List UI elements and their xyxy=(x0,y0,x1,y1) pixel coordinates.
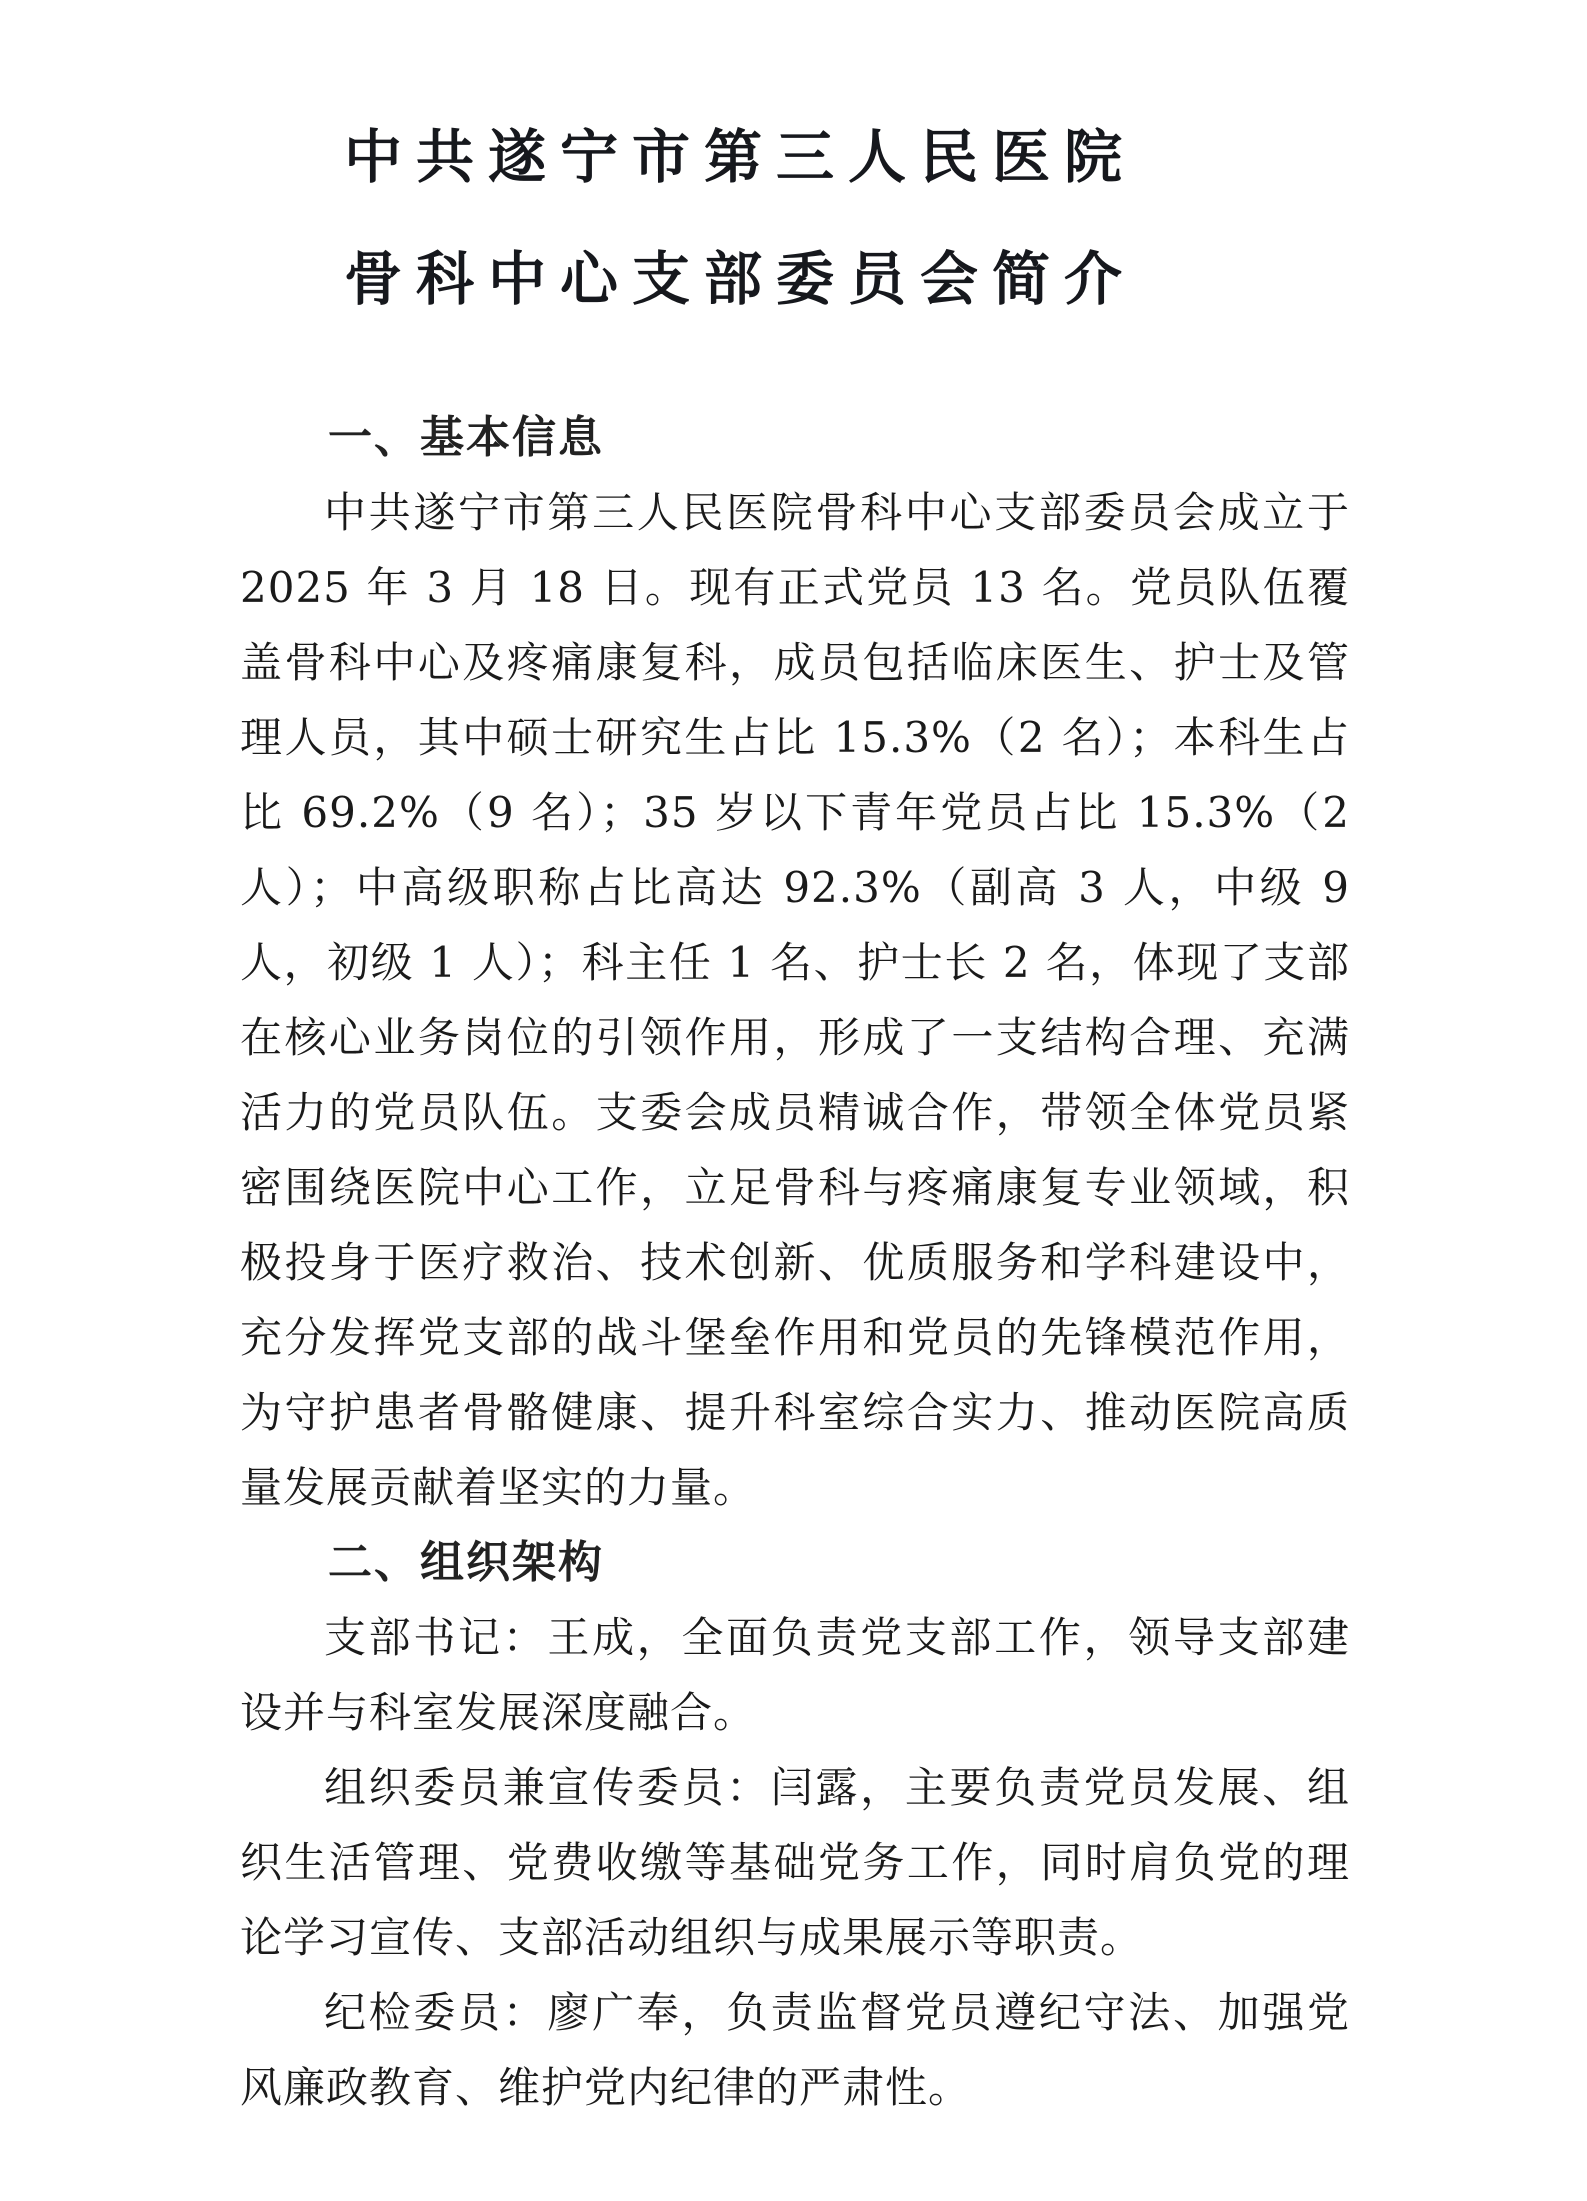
paragraph-basic-info: 中共遂宁市第三人民医院骨科中心支部委员会成立于 2025 年 3 月 18 日。… xyxy=(240,475,1350,1525)
document-title-line-1: 中共遂宁市第三人民医院 xyxy=(185,96,1295,218)
section-heading-basic-info: 一、基本信息 xyxy=(240,400,1350,475)
document-page: 中共遂宁市第三人民医院 骨科中心支部委员会简介 一、基本信息 中共遂宁市第三人民… xyxy=(0,0,1587,2201)
section-heading-organization: 二、组织架构 xyxy=(240,1525,1350,1600)
document-title: 中共遂宁市第三人民医院 骨科中心支部委员会简介 xyxy=(185,96,1295,340)
document-title-line-2: 骨科中心支部委员会简介 xyxy=(185,218,1295,340)
paragraph-discipline-committee: 纪检委员：廖广奉，负责监督党员遵纪守法、加强党风廉政教育、维护党内纪律的严肃性。 xyxy=(240,1975,1350,2125)
paragraph-branch-secretary: 支部书记：王成，全面负责党支部工作，领导支部建设并与科室发展深度融合。 xyxy=(240,1600,1350,1750)
paragraph-organization-publicity-committee: 组织委员兼宣传委员：闫露，主要负责党员发展、组织生活管理、党费收缴等基础党务工作… xyxy=(240,1750,1350,1975)
